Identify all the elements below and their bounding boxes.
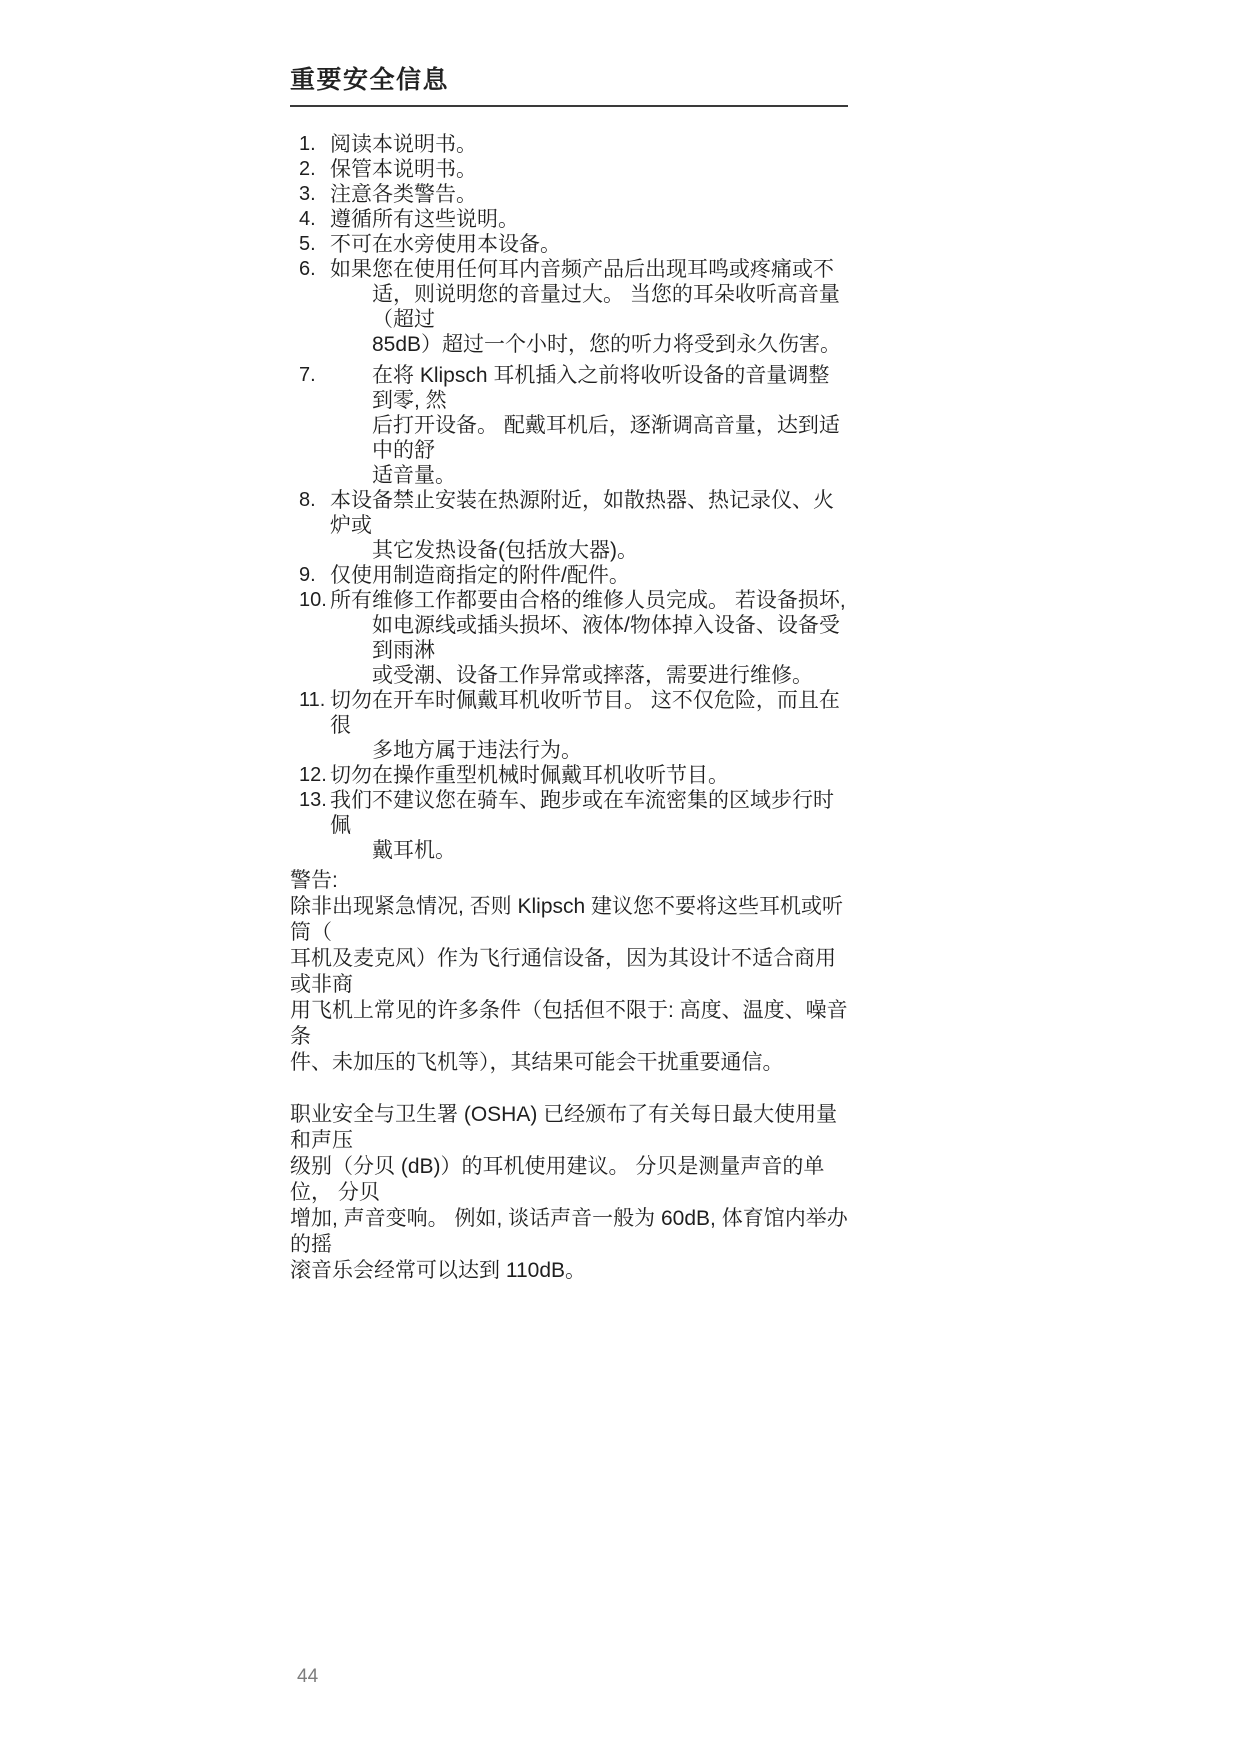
list-item-line: 其它发热设备(包括放大器)。 [372,538,848,563]
page-number: 44 [297,1666,318,1688]
list-item: 8. 本设备禁止安装在热源附近，如散热器、热记录仪、火炉或 其它发热设备(包括放… [290,488,848,563]
list-item: 13. 我们不建议您在骑车、跑步或在车流密集的区域步行时佩 戴耳机。 [290,788,848,863]
list-item: 10. 所有维修工作都要由合格的维修人员完成。 若设备损坏, 如电源线或插头损坏… [290,588,848,688]
list-item-number: 2. [299,157,316,182]
list-item-number: 4. [299,207,316,232]
list-item-line: 如电源线或插头损坏、液体/物体掉入设备、设备受到雨淋 [372,613,848,663]
warning-paragraph-line: 件、未加压的飞机等），其结果可能会干扰重要通信。 [290,1050,848,1076]
list-item-line: 切勿在操作重型机械时佩戴耳机收听节目。 [330,763,848,788]
warning-paragraph-line: 耳机及麦克风）作为飞行通信设备，因为其设计不适合商用或非商 [290,946,848,998]
list-item-number: 10. [299,588,327,613]
warning-paragraph-line: 除非出现紧急情况, 否则 Klipsch 建议您不要将这些耳机或听筒（ [290,894,848,946]
list-item-number: 1. [299,132,316,157]
list-item-line: 仅使用制造商指定的附件/配件。 [330,563,848,588]
warning-paragraph-line: 用飞机上常见的许多条件（包括但不限于: 高度、温度、噪音条 [290,998,848,1050]
warning-section: 警告: 除非出现紧急情况, 否则 Klipsch 建议您不要将这些耳机或听筒（ … [290,868,848,1076]
list-item-line: 戴耳机。 [372,838,848,863]
safety-instructions-list: 1. 阅读本说明书。 2. 保管本说明书。 3. 注意各类警告。 4. 遵循所有… [290,132,848,863]
list-item: 4. 遵循所有这些说明。 [290,207,848,232]
safety-page-content: 重要安全信息 1. 阅读本说明书。 2. 保管本说明书。 3. 注意各类警告。 … [290,60,848,1284]
list-item-line: 所有维修工作都要由合格的维修人员完成。 若设备损坏, [330,588,848,613]
list-item-line: 阅读本说明书。 [330,132,848,157]
list-item: 5. 不可在水旁使用本设备。 [290,232,848,257]
list-item: 7. 在将 Klipsch 耳机插入之前将收听设备的音量调整到零, 然 后打开设… [290,363,848,488]
list-item-line: 遵循所有这些说明。 [330,207,848,232]
list-item-number: 5. [299,232,316,257]
list-item-number: 9. [299,563,316,588]
osha-paragraph-line: 滚音乐会经常可以达到 110dB。 [290,1258,848,1284]
list-item-line: 保管本说明书。 [330,157,848,182]
list-item-line: 适，则说明您的音量过大。 当您的耳朵收听高音量（超过 [372,282,848,332]
list-item-line: 我们不建议您在骑车、跑步或在车流密集的区域步行时佩 [330,788,848,838]
list-item-line: 如果您在使用任何耳内音频产品后出现耳鸣或疼痛或不 [330,257,848,282]
list-item-line: 本设备禁止安装在热源附近，如散热器、热记录仪、火炉或 [330,488,848,538]
list-item-number: 8. [299,488,316,513]
list-item-number: 6. [299,257,316,282]
list-item-line: 或受潮、设备工作异常或摔落，需要进行维修。 [372,663,848,688]
list-item-line: 后打开设备。 配戴耳机后，逐渐调高音量，达到适中的舒 [372,413,848,463]
list-item-number: 3. [299,182,316,207]
list-item: 1. 阅读本说明书。 [290,132,848,157]
list-item: 9. 仅使用制造商指定的附件/配件。 [290,563,848,588]
list-item-number: 7. [299,363,316,388]
page-title: 重要安全信息 [290,60,848,107]
list-item-line: 在将 Klipsch 耳机插入之前将收听设备的音量调整到零, 然 [372,363,848,413]
list-item: 3. 注意各类警告。 [290,182,848,207]
warning-label: 警告: [290,868,848,894]
list-item-number: 12. [299,763,327,788]
list-item-number: 13. [299,788,327,813]
list-item-number: 11. [299,688,325,713]
osha-paragraph: 职业安全与卫生署 (OSHA) 已经颁布了有关每日最大使用量和声压 级别（分贝 … [290,1102,848,1284]
list-item: 11. 切勿在开车时佩戴耳机收听节目。 这不仅危险，而且在很 多地方属于违法行为… [290,688,848,763]
list-item-line: 切勿在开车时佩戴耳机收听节目。 这不仅危险，而且在很 [330,688,848,738]
osha-paragraph-line: 级别（分贝 (dB)）的耳机使用建议。 分贝是测量声音的单位， 分贝 [290,1154,848,1206]
osha-paragraph-line: 职业安全与卫生署 (OSHA) 已经颁布了有关每日最大使用量和声压 [290,1102,848,1154]
list-item: 6. 如果您在使用任何耳内音频产品后出现耳鸣或疼痛或不 适，则说明您的音量过大。… [290,257,848,357]
list-item-line: 多地方属于违法行为。 [372,738,848,763]
list-item: 12. 切勿在操作重型机械时佩戴耳机收听节目。 [290,763,848,788]
list-item-line: 注意各类警告。 [330,182,848,207]
osha-paragraph-line: 增加, 声音变响。 例如, 谈话声音一般为 60dB, 体育馆内举办的摇 [290,1206,848,1258]
list-item-line: 适音量。 [372,463,848,488]
list-item: 2. 保管本说明书。 [290,157,848,182]
list-item-line: 85dB）超过一个小时，您的听力将受到永久伤害。 [372,332,848,357]
list-item-line: 不可在水旁使用本设备。 [330,232,848,257]
